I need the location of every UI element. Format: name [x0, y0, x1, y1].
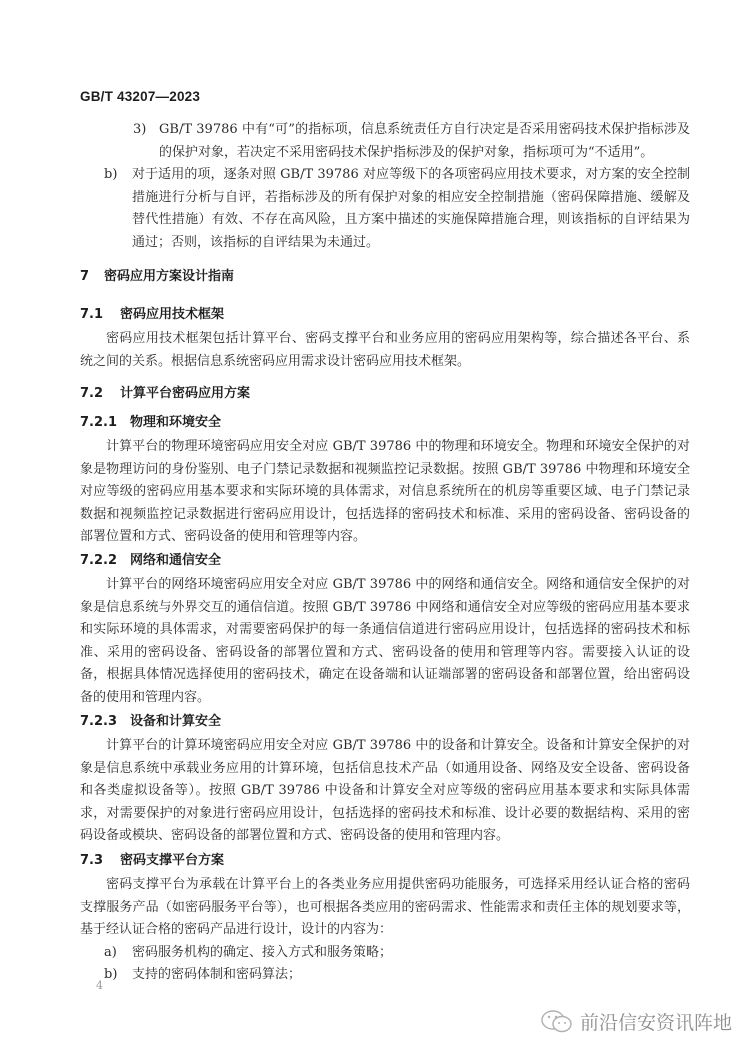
list-item-label: b) [104, 164, 117, 187]
section-number: 7.1 [80, 307, 120, 322]
list-item-label: b) [104, 964, 117, 987]
list-item-label: a) [104, 942, 117, 965]
section-number: 7.2.1 [80, 415, 130, 430]
section-body-container: 密码支撑平台为承载在计算平台上的各类业务应用提供密码功能服务，可选择采用经认证合… [80, 874, 690, 987]
section-body: 密码应用技术框架包括计算平台、密码支撑平台和业务应用的密码应用架构等，综合描述各… [80, 328, 690, 373]
list-item: 3) GB/T 39786 中有“可”的指标项，信息系统责任方自行决定是否采用密… [80, 119, 690, 164]
section-number: 7.2.3 [80, 714, 130, 729]
watermark: 前沿信安资讯阵地 [540, 1008, 732, 1035]
section-body: 计算平台的网络环境密码应用安全对应 GB/T 39786 中的网络和通信安全。网… [80, 574, 690, 709]
list-item-text: 密码服务机构的确定、接入方式和服务策略； [132, 945, 392, 960]
section-heading: 7.3密码支撑平台方案 [80, 849, 224, 868]
section-body: 计算平台的计算环境密码应用安全对应 GB/T 39786 中的设备和计算安全。设… [80, 735, 690, 848]
section-heading: 7.1密码应用技术框架 [80, 303, 224, 322]
section-body: 计算平台的物理环境密码应用安全对应 GB/T 39786 中的物理和环境安全。物… [80, 436, 690, 549]
watermark-text: 前沿信安资讯阵地 [580, 1008, 732, 1035]
wechat-icon [540, 1009, 574, 1035]
section-heading: 7.2.1物理和环境安全 [80, 411, 221, 430]
list-item-text: 对于适用的项，逐条对照 GB/T 39786 对应等级下的各项密码应用技术要求，… [132, 167, 690, 250]
section-heading: 7.2计算平台密码应用方案 [80, 382, 250, 401]
section-title: 密码支撑平台方案 [120, 853, 224, 868]
list-item-text: 支持的密码体制和密码算法； [132, 967, 301, 982]
intro-list: 3) GB/T 39786 中有“可”的指标项，信息系统责任方自行决定是否采用密… [80, 119, 690, 254]
list-item: a) 密码服务机构的确定、接入方式和服务策略； [80, 942, 690, 965]
section-heading: 7密码应用方案设计指南 [80, 265, 234, 284]
list-item-text: GB/T 39786 中有“可”的指标项，信息系统责任方自行决定是否采用密码技术… [159, 122, 690, 160]
document-page: GB/T 43207—2023 3) GB/T 39786 中有“可”的指标项，… [0, 0, 750, 1060]
section-number: 7.2.2 [80, 553, 130, 568]
section-number: 7.2 [80, 386, 120, 401]
section-title: 设备和计算安全 [130, 714, 221, 729]
list-item: b) 对于适用的项，逐条对照 GB/T 39786 对应等级下的各项密码应用技术… [80, 164, 690, 254]
section-heading: 7.2.3设备和计算安全 [80, 710, 221, 729]
section-body: 密码支撑平台为承载在计算平台上的各类业务应用提供密码功能服务，可选择采用经认证合… [80, 874, 690, 942]
page-number: 4 [96, 979, 103, 992]
standard-id-header: GB/T 43207—2023 [80, 89, 200, 104]
section-number: 7.3 [80, 853, 120, 868]
list-item: b) 支持的密码体制和密码算法； [80, 964, 690, 987]
section-title: 密码应用技术框架 [120, 307, 224, 322]
section-number: 7 [80, 269, 104, 284]
list-item-label: 3) [133, 119, 146, 142]
section-heading: 7.2.2网络和通信安全 [80, 549, 221, 568]
section-title: 物理和环境安全 [130, 415, 221, 430]
section-title: 网络和通信安全 [130, 553, 221, 568]
section-title: 计算平台密码应用方案 [120, 386, 250, 401]
section-title: 密码应用方案设计指南 [104, 269, 234, 284]
